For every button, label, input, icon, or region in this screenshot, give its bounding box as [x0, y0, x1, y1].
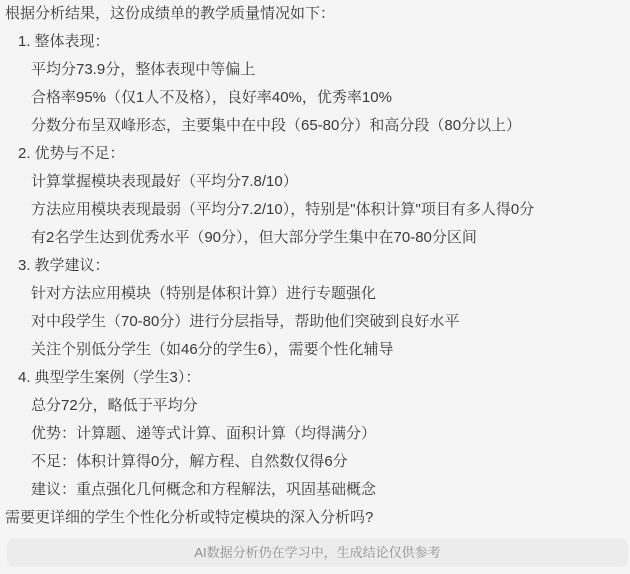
section-item: 针对方法应用模块（特别是体积计算）进行专题强化 [0, 280, 630, 308]
section-title: 典型学生案例（学生3）： [35, 369, 201, 386]
section-2-heading: 2.优势与不足： [0, 140, 630, 168]
ai-analysis-message: 根据分析结果，这份成绩单的教学质量情况如下： 1.整体表现： 平均分73.9分，… [0, 0, 630, 532]
section-number: 2. [18, 145, 31, 162]
ai-disclaimer-text: AI数据分析仍在学习中，生成结论仅供参考 [194, 545, 440, 560]
section-item: 方法应用模块表现最弱（平均分7.2/10），特别是"体积计算"项目有多人得0分 [0, 196, 630, 224]
section-item: 合格率95%（仅1人不及格），良好率40%，优秀率10% [0, 84, 630, 112]
closing-question: 需要更详细的学生个性化分析或特定模块的深入分析吗? [0, 504, 630, 532]
section-item: 优势：计算题、递等式计算、面积计算（均得满分） [0, 420, 630, 448]
section-item: 关注个别低分学生（如46分的学生6），需要个性化辅导 [0, 336, 630, 364]
section-title: 优势与不足： [35, 145, 125, 162]
section-item: 对中段学生（70-80分）进行分层指导，帮助他们突破到良好水平 [0, 308, 630, 336]
section-number: 3. [18, 257, 31, 274]
section-title: 教学建议： [35, 257, 110, 274]
section-item: 分数分布呈双峰形态，主要集中在中段（65-80分）和高分段（80分以上） [0, 112, 630, 140]
section-1-heading: 1.整体表现： [0, 28, 630, 56]
section-number: 1. [18, 33, 31, 50]
section-item: 有2名学生达到优秀水平（90分），但大部分学生集中在70-80分区间 [0, 224, 630, 252]
section-item: 不足：体积计算得0分，解方程、自然数仅得6分 [0, 448, 630, 476]
section-item: 建议：重点强化几何概念和方程解法，巩固基础概念 [0, 476, 630, 504]
section-title: 整体表现： [35, 33, 110, 50]
section-3-heading: 3.教学建议： [0, 252, 630, 280]
ai-disclaimer-bar: AI数据分析仍在学习中，生成结论仅供参考 [7, 538, 628, 567]
section-number: 4. [18, 369, 31, 386]
section-item: 平均分73.9分，整体表现中等偏上 [0, 56, 630, 84]
section-item: 计算掌握模块表现最好（平均分7.8/10） [0, 168, 630, 196]
section-4-heading: 4.典型学生案例（学生3）： [0, 364, 630, 392]
section-item: 总分72分，略低于平均分 [0, 392, 630, 420]
intro-text: 根据分析结果，这份成绩单的教学质量情况如下： [0, 0, 630, 28]
